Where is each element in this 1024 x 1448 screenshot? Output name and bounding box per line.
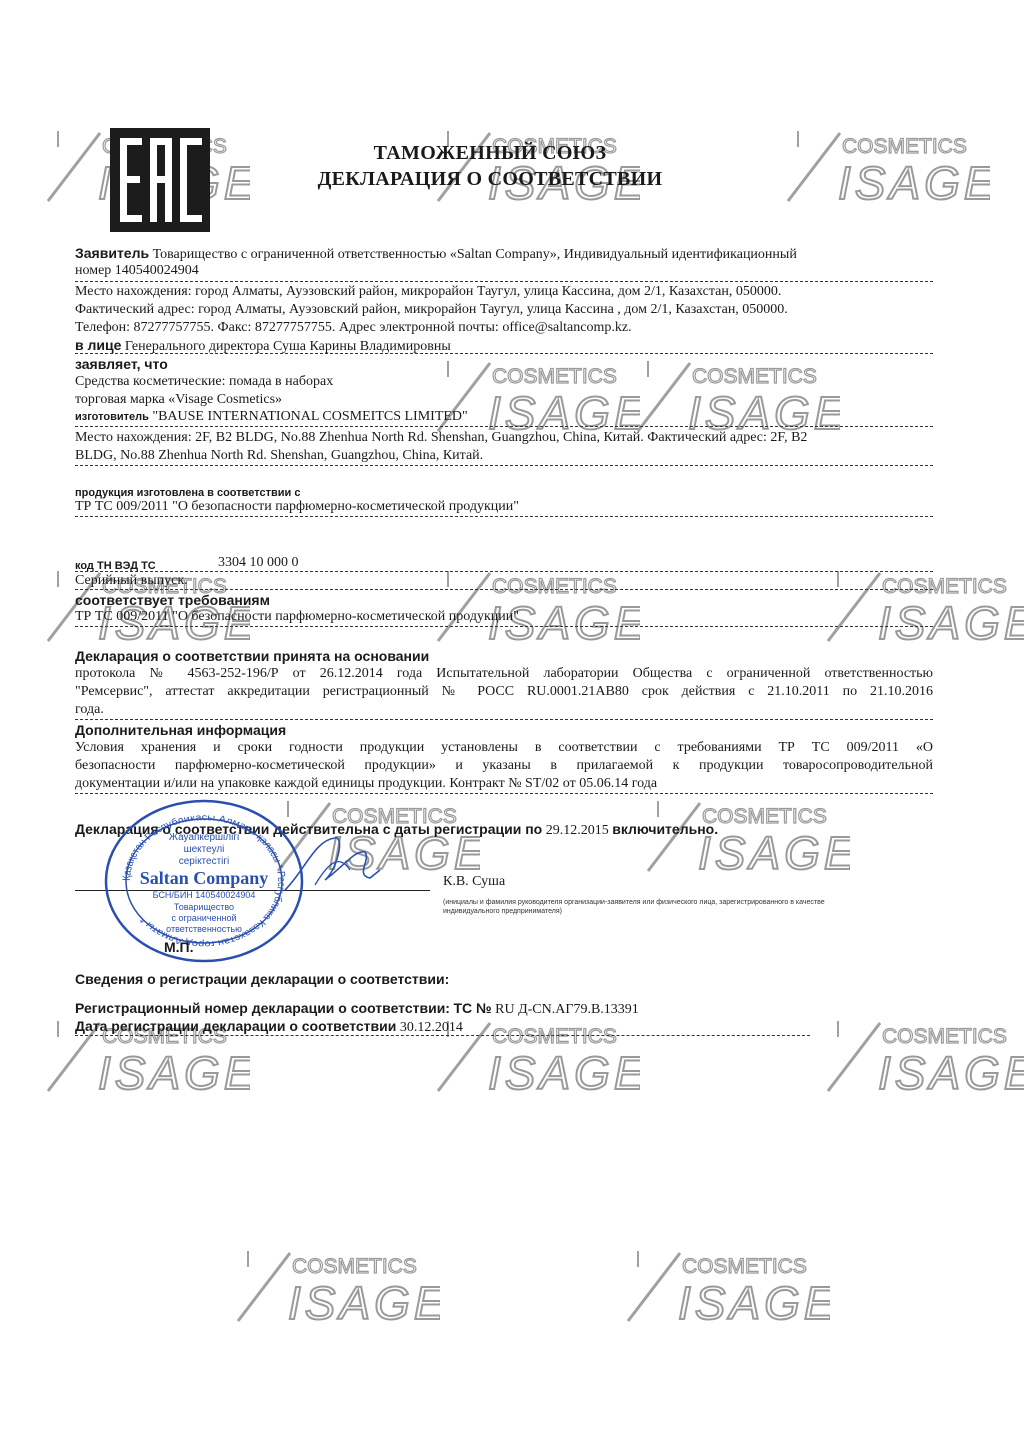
reg-number-label: Регистрационный номер декларации о соотв… [75, 1000, 450, 1016]
title-declaration: ДЕКЛАРАЦИЯ О СООТВЕТСТВИИ [280, 166, 700, 192]
svg-text:Товарищество: Товарищество [174, 902, 234, 912]
basis-label: Декларация о соответствии принята на осн… [75, 647, 429, 665]
applicant-name: Товарищество с ограниченной ответственно… [153, 247, 797, 262]
applicant-contacts: Телефон: 87277757755. Факс: 87277757755.… [75, 319, 632, 337]
divider [75, 571, 933, 572]
applicant-address: Место нахождения: город Алматы, Ауэзовск… [75, 283, 781, 301]
caption-line-1: (инициалы и фамилия руководителя организ… [443, 898, 825, 907]
code-value: 3304 10 000 0 [218, 554, 299, 572]
applicant-id: номер 140540024904 [75, 262, 199, 280]
complies-standard: ТР ТС 009/2011 "О безопасности парфюмерн… [75, 608, 519, 626]
divider [75, 589, 933, 590]
reg-date-value: 30.12.2014 [400, 1020, 463, 1035]
stamp-place-mp: М.П. [164, 938, 194, 956]
divider [75, 281, 933, 282]
manufacturer-address-1: Место нахождения: 2F, B2 BLDG, No.88 Zhe… [75, 429, 807, 447]
svg-text:серіктестігі: серіктестігі [179, 856, 230, 867]
document-title: ТАМОЖЕННЫЙ СОЮЗ ДЕКЛАРАЦИЯ О СООТВЕТСТВИ… [280, 140, 700, 192]
manufacturer-label: изготовитель [75, 411, 149, 423]
basis-line2: "Ремсервис", аттестат аккредитации регис… [75, 683, 933, 719]
svg-text:с ограниченной: с ограниченной [172, 913, 237, 923]
product-name: Средства косметические: помада в наборах [75, 373, 333, 391]
validity-date: 29.12.2015 [546, 823, 609, 838]
applicant-actual-address: Фактический адрес: город Алматы, Ауэзовс… [75, 301, 788, 319]
registration-heading: Сведения о регистрации декларации о соот… [75, 970, 449, 988]
applicant-label: Заявитель [75, 245, 149, 261]
manufacturer-name: "BAUSE INTERNATIONAL COSMEITCS LIMITED" [152, 409, 467, 424]
divider [75, 1035, 810, 1036]
applicant-line1: Заявитель Товарищество с ограниченной от… [75, 244, 797, 264]
produced-standard: ТР ТС 009/2011 "О безопасности парфюмерн… [75, 498, 519, 516]
divider [75, 426, 933, 427]
svg-text:шектеулі: шектеулі [184, 844, 225, 855]
reg-number-prefix: ТС № [453, 1000, 491, 1016]
signatory-name: К.В. Суша [443, 873, 505, 891]
title-customs-union: ТАМОЖЕННЫЙ СОЮЗ [280, 140, 700, 166]
additional-line3: документации и/или на упаковке каждой ед… [75, 775, 657, 793]
basis-line3: года. [75, 701, 104, 719]
divider [75, 353, 933, 354]
trademark: торговая марка «Visage Cosmetics» [75, 391, 282, 409]
reg-date-label: Дата регистрации декларации о соответств… [75, 1018, 396, 1034]
registration-number: Регистрационный номер декларации о соотв… [75, 999, 639, 1019]
svg-text:БСН/БИН 140540024904: БСН/БИН 140540024904 [153, 890, 256, 900]
eac-logo [110, 128, 210, 232]
divider [75, 626, 933, 627]
declares-label: заявляет, что [75, 355, 168, 373]
document-page: ТАМОЖЕННЫЙ СОЮЗ ДЕКЛАРАЦИЯ О СООТВЕТСТВИ… [0, 0, 1024, 1448]
complies-label: соответствует требованиям [75, 591, 270, 609]
svg-text:Жауапкершілігі: Жауапкершілігі [169, 832, 239, 843]
signatory-caption: (инициалы и фамилия руководителя организ… [443, 898, 825, 916]
person-name: Генерального директора Суша Карины Влади… [125, 339, 451, 354]
serial-release: Серийный выпуск. [75, 572, 188, 590]
caption-line-2: индивидуального предпринимателя) [443, 907, 825, 916]
svg-text:Saltan Company: Saltan Company [140, 868, 269, 888]
person-label: в лице [75, 337, 121, 353]
svg-text:ответственностью: ответственностью [166, 924, 242, 934]
divider [75, 719, 933, 720]
validity-suffix: включительно. [612, 821, 718, 837]
divider [75, 465, 933, 466]
manufacturer-address-2: BLDG, No.88 Zhenhua North Rd. Shenshan, … [75, 447, 483, 465]
divider [75, 516, 933, 517]
divider [75, 793, 933, 794]
manufacturer: изготовитель "BAUSE INTERNATIONAL COSMEI… [75, 408, 468, 426]
reg-number-value: RU Д-CN.АГ79.В.13391 [495, 1002, 639, 1017]
signature-scribble [275, 830, 385, 900]
registration-date: Дата регистрации декларации о соответств… [75, 1017, 463, 1037]
additional-label: Дополнительная информация [75, 721, 286, 739]
